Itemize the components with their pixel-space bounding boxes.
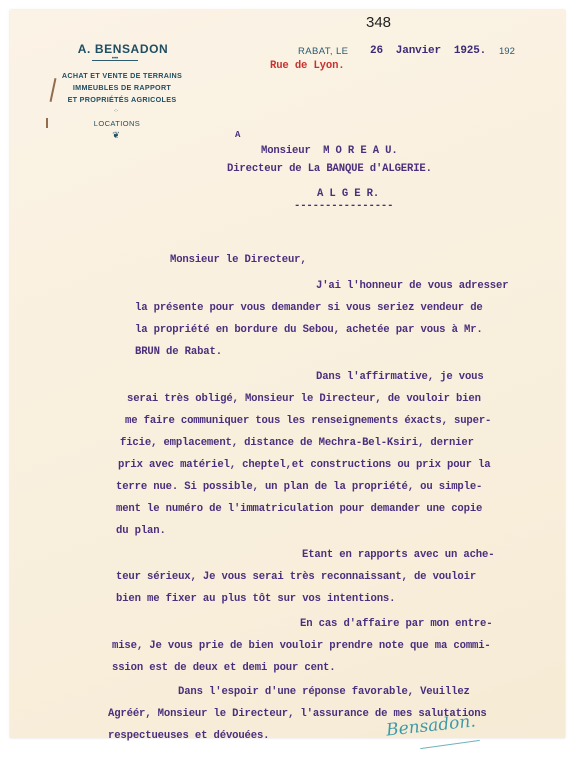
body-line: ment le numéro de l'immatriculation pour… [116,503,482,515]
body-line: J'ai l'honneur de vous adresser [316,280,508,292]
letterhead-locations: LOCATIONS [72,119,162,128]
body-line: Dans l'espoir d'une réponse favorable, V… [178,686,470,698]
ink-stain [46,118,48,128]
addressee-name: Monsieur M O R E A U. [261,145,398,157]
printed-year: 192 [499,46,515,57]
addressee-city: A L G E R. [317,188,379,200]
street-stamp: Rue de Lyon. [270,60,345,72]
letter-date: 26 Janvier 1925. [370,45,486,57]
body-line: du plan. [116,525,166,537]
body-line: prix avec matériel, cheptel,et construct… [118,459,490,471]
body-line: bien me fixer au plus tôt sur vos intent… [116,593,395,605]
body-line: me faire communiquer tous les renseignem… [125,415,491,427]
body-line: teur sérieux, Je vous serai très reconna… [116,571,476,583]
body-line: Etant en rapports avec un ache- [302,549,494,561]
letterhead-rule-ornament: ••• [108,56,122,62]
flourish-ornament-icon: ❦ [104,130,128,141]
body-line: ssion est de deux et demi pour cent. [112,662,335,674]
body-line: mise, Je vous prie de bien vouloir prend… [112,640,491,652]
archive-number: 348 [366,14,391,31]
body-line: la présente pour vous demander si vous s… [135,302,483,314]
addressee-title: Directeur de La BANQUE d'ALGERIE. [227,163,432,175]
letterhead-separator: ·:· [112,108,120,114]
body-line: serai très obligé, Monsieur le Directeur… [127,393,481,405]
body-line: En cas d'affaire par mon entre- [300,618,492,630]
letterhead-line: IMMEUBLES DE RAPPORT [42,83,202,92]
salutation: Monsieur le Directeur, [170,254,307,266]
body-line: la propriété en bordure du Sebou, acheté… [135,324,483,336]
body-line: Dans l'affirmative, je vous [316,371,484,383]
body-line: respectueuses et dévouées. [108,730,269,742]
body-line: terre nue. Si possible, un plan de la pr… [116,481,482,493]
signature-flourish [420,740,480,749]
printed-place: RABAT, LE [298,46,348,57]
letterhead-line: ET PROPRIÉTÉS AGRICOLES [42,95,202,104]
letterhead-line: ACHAT ET VENTE DE TERRAINS [42,71,202,80]
body-line: BRUN de Rabat. [135,346,222,358]
body-line: ficie, emplacement, distance de Mechra-B… [120,437,474,449]
addressee-underline: ---------------- [294,200,393,212]
addressee-prefix: A [235,130,240,140]
letterhead-name: A. BENSADON [58,42,188,56]
